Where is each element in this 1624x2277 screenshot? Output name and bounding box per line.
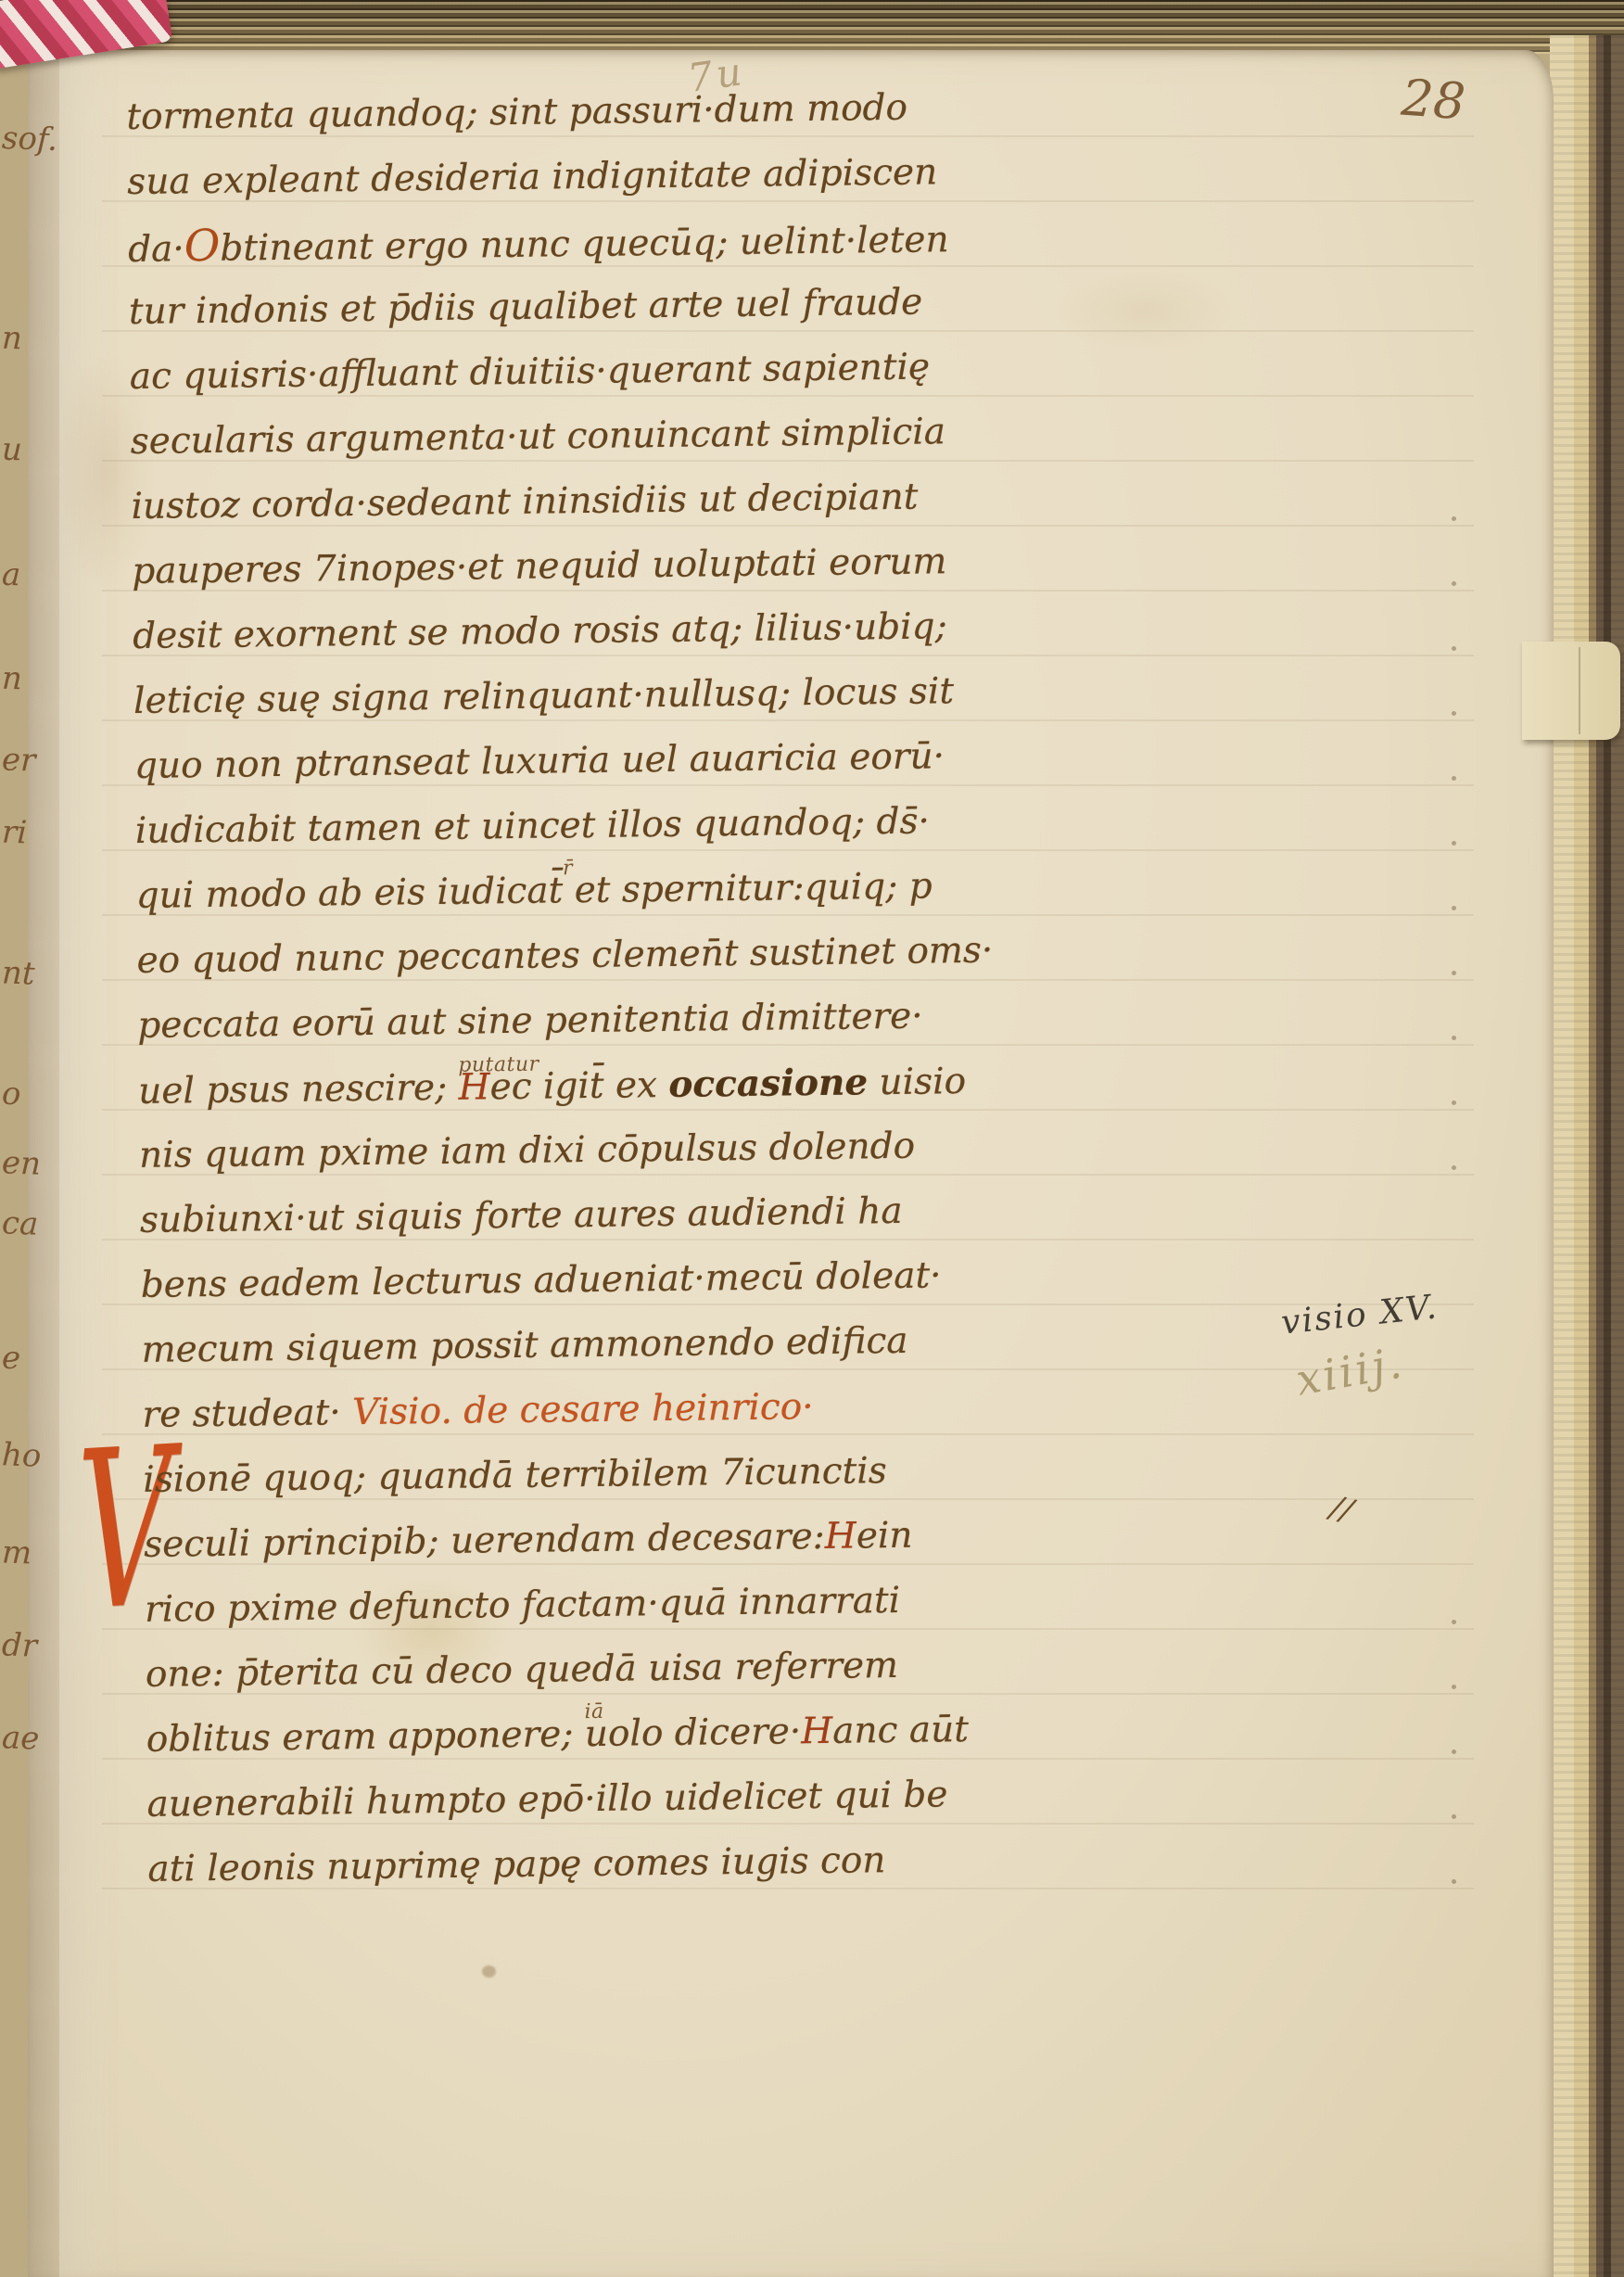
manuscript-line: isionē quoq; quandā terribilem 7icunctis — [143, 1438, 959, 1513]
line-segment: occasione — [668, 1061, 868, 1106]
manuscript-line: quo non ptranseat luxuria uel auaricia e… — [134, 724, 951, 799]
pricking-dot — [1452, 776, 1456, 781]
pricking-dot — [1452, 1165, 1456, 1170]
gutter-letter-fragment: ca — [1, 1204, 39, 1242]
manuscript-line: nis quam pxime iam dixi cōpulsus dolendo — [139, 1113, 956, 1189]
gutter-letter-fragment: e — [1, 1340, 21, 1378]
bookmark-tab — [1522, 642, 1620, 740]
pricking-dot — [1452, 1036, 1456, 1040]
line-segment: quo non ptranseat luxuria uel auaricia e… — [134, 735, 945, 787]
manuscript-line: ati leonis nuprimę papę comes iugis con — [147, 1827, 964, 1902]
pricking-dot — [1452, 1685, 1456, 1689]
gutter-letter-fragment: o — [1, 1075, 21, 1113]
line-segment: iudicabit tamen et uincet illos quandoq;… — [135, 800, 931, 851]
line-segment: iustoz corda·sedeant ininsidiis ut decip… — [131, 477, 918, 528]
line-segment: bens eadem lecturus adueniat·mecū doleat… — [141, 1254, 942, 1306]
manuscript-line: re studeat· Visio. de cesare heinrico· — [142, 1373, 958, 1448]
manuscript-line: rico pxime defuncto factam·quā innarrati — [145, 1568, 961, 1643]
line-segment: btineant ergo nunc quecūq; uelint·leten — [220, 219, 949, 270]
pricking-dot — [1452, 841, 1456, 846]
line-segment: leticię suę signa relinquant·nullusq; lo… — [133, 670, 954, 722]
rubric-text: Visio. de cesare heinrico· — [352, 1386, 814, 1433]
pricking-dot — [1452, 1100, 1456, 1105]
text-block: tormenta quandoq; sint passuri·dum modos… — [126, 75, 964, 1902]
line-segment: H — [824, 1515, 856, 1557]
pricking-dot — [1452, 1620, 1456, 1624]
gutter-letter-fragment: er — [1, 741, 36, 779]
pricking-dot — [1452, 906, 1456, 910]
line-segment: peccata eorū aut sine penitentia dimitte… — [137, 996, 923, 1047]
line-segment: qui modo ab eis iudicat̄ — [135, 870, 563, 917]
manuscript-line: pauperes 7inopes·et nequid uoluptati eor… — [132, 529, 948, 604]
manuscript-line: sua expleant desideria indignitate adipi… — [127, 140, 944, 215]
line-segment: tormenta quandoq; sint passuri·dum modo — [126, 87, 907, 138]
manuscript-line: mecum siquem possit ammonendo edifica — [141, 1308, 958, 1383]
manuscript-line: peccata eorū aut sine penitentia dimitte… — [137, 984, 954, 1059]
gutter-letter-fragment: ae — [1, 1719, 40, 1757]
line-segment: rico pxime defuncto factam·quā innarrati — [145, 1580, 901, 1631]
pricking-dot — [1452, 1749, 1456, 1754]
manuscript-line: seculi principib; uerendam decesare:Hein — [144, 1503, 960, 1578]
line-segment: isionē quoq; quandā terribilem 7icunctis — [143, 1450, 887, 1501]
manuscript-line: desit exornent se modo rosis atq; lilius… — [133, 594, 949, 669]
gutter-letter-fragment: m — [1, 1533, 32, 1571]
manuscript-line: tormenta quandoq; sint passuri·dum modo — [126, 75, 943, 150]
book-leaf-edges-top — [0, 0, 1624, 54]
line-segment: uisio — [868, 1061, 967, 1103]
line-segment: O — [184, 221, 220, 272]
manuscript-line: secularis argumenta·ut conuincant simpli… — [130, 400, 946, 475]
line-segment: auenerabili humpto epō·illo uidelicet qu… — [146, 1774, 947, 1825]
manuscript-line: eo quod nunc peccantes clemen̄t sustinet… — [136, 919, 953, 994]
pricking-dot — [1452, 581, 1456, 586]
line-segment: desit exornent se modo rosis atq; lilius… — [133, 605, 947, 657]
gutter-letter-fragment: en — [1, 1144, 41, 1182]
pricking-dot — [1452, 1814, 1456, 1819]
manuscript-line: da·Obtineant ergo nunc quecūq; uelint·le… — [128, 205, 945, 280]
gutter-letter-fragment: ho — [1, 1436, 42, 1474]
folio-number: 28 — [1400, 69, 1467, 132]
pricking-dot — [1452, 1879, 1456, 1884]
line-segment: ati leonis nuprimę papę comes iugis con — [147, 1839, 885, 1890]
line-segment: uolo dicere· — [585, 1711, 802, 1755]
line-segment: H — [801, 1711, 833, 1752]
manuscript-line: iudicabit tamen et uincet illos quandoq;… — [134, 789, 951, 864]
line-segment: one: p̄terita cū deco quedā uisa referre… — [146, 1645, 899, 1696]
pricking-dot — [1452, 711, 1456, 716]
line-segment: re studeat· — [142, 1392, 352, 1436]
manuscript-line: bens eadem lecturus adueniat·mecū doleat… — [140, 1243, 957, 1318]
pricking-dot — [1452, 971, 1456, 975]
line-segment: ein — [856, 1515, 913, 1558]
manuscript-line: subiunxi·ut siquis forte aures audiendi … — [140, 1178, 957, 1253]
manuscript-line: auenerabili humpto epō·illo uidelicet qu… — [146, 1762, 963, 1838]
line-segment: pauperes 7inopes·et nequid uoluptati eor… — [132, 541, 947, 592]
gutter-letter-fragment: n — [1, 660, 22, 698]
line-segment: tur indonis et p̄diis qualibet arte uel … — [129, 282, 923, 333]
book-fore-edge — [1550, 35, 1624, 2277]
gutter-letter-fragment: u — [1, 431, 22, 469]
line-segment: ac quisris·affluant diuitiis·querant sap… — [130, 346, 931, 398]
pricking-dot — [1452, 646, 1456, 651]
manuscript-photo: 7u 28 V tormenta quandoq; sint passuri·d… — [0, 0, 1624, 2277]
line-segment: mecum siquem possit ammonendo edifica — [141, 1320, 907, 1371]
gutter-letter-fragment: ri — [1, 814, 28, 852]
line-segment: subiunxi·ut siquis forte aures audiendi … — [140, 1190, 903, 1241]
line-segment: oblitus eram apponere; — [146, 1713, 586, 1761]
line-segment: uel psus nescire; — [138, 1067, 459, 1113]
manuscript-line: one: p̄terita cū deco quedā uisa referre… — [146, 1633, 962, 1708]
manuscript-line: oblitus eram apponere; iāuolo dicere·Han… — [146, 1698, 962, 1773]
line-segment: da· — [128, 228, 184, 271]
manuscript-line: ac quisris·affluant diuitiis·querant sap… — [129, 335, 945, 410]
manuscript-line: uel psus nescire; putaturHec igit̄ ex oc… — [138, 1049, 955, 1124]
line-segment: sua expleant desideria indignitate adipi… — [127, 151, 937, 203]
gutter-letter-fragment: a — [1, 556, 21, 594]
manuscript-line: leticię suę signa relinquant·nullusq; lo… — [133, 659, 950, 734]
line-segment: nis quam pxime iam dixi cōpulsus dolendo — [139, 1126, 915, 1177]
line-segment: et spernitur:quiq; p — [563, 865, 933, 911]
gutter-letter-fragment: n — [1, 320, 22, 358]
manuscript-line: iustoz corda·sedeant ininsidiis ut decip… — [131, 464, 947, 540]
gutter-letter-fragment: nt — [1, 954, 35, 992]
line-segment: secularis argumenta·ut conuincant simpli… — [130, 411, 945, 463]
gutter-letter-fragment: sof. — [1, 120, 57, 159]
manuscript-line: qui modo ab eis iudicat̄r̄ et spernitur:… — [135, 854, 952, 929]
line-segment: anc aūt — [832, 1709, 969, 1752]
line-segment: eo quod nunc peccantes clemen̄t sustinet… — [136, 930, 993, 982]
gutter-letter-fragment: dr — [1, 1626, 37, 1664]
manuscript-line: tur indonis et p̄diis qualibet arte uel … — [129, 270, 945, 345]
line-segment: seculi principib; uerendam decesare: — [144, 1516, 825, 1566]
pricking-dot — [1452, 516, 1456, 521]
